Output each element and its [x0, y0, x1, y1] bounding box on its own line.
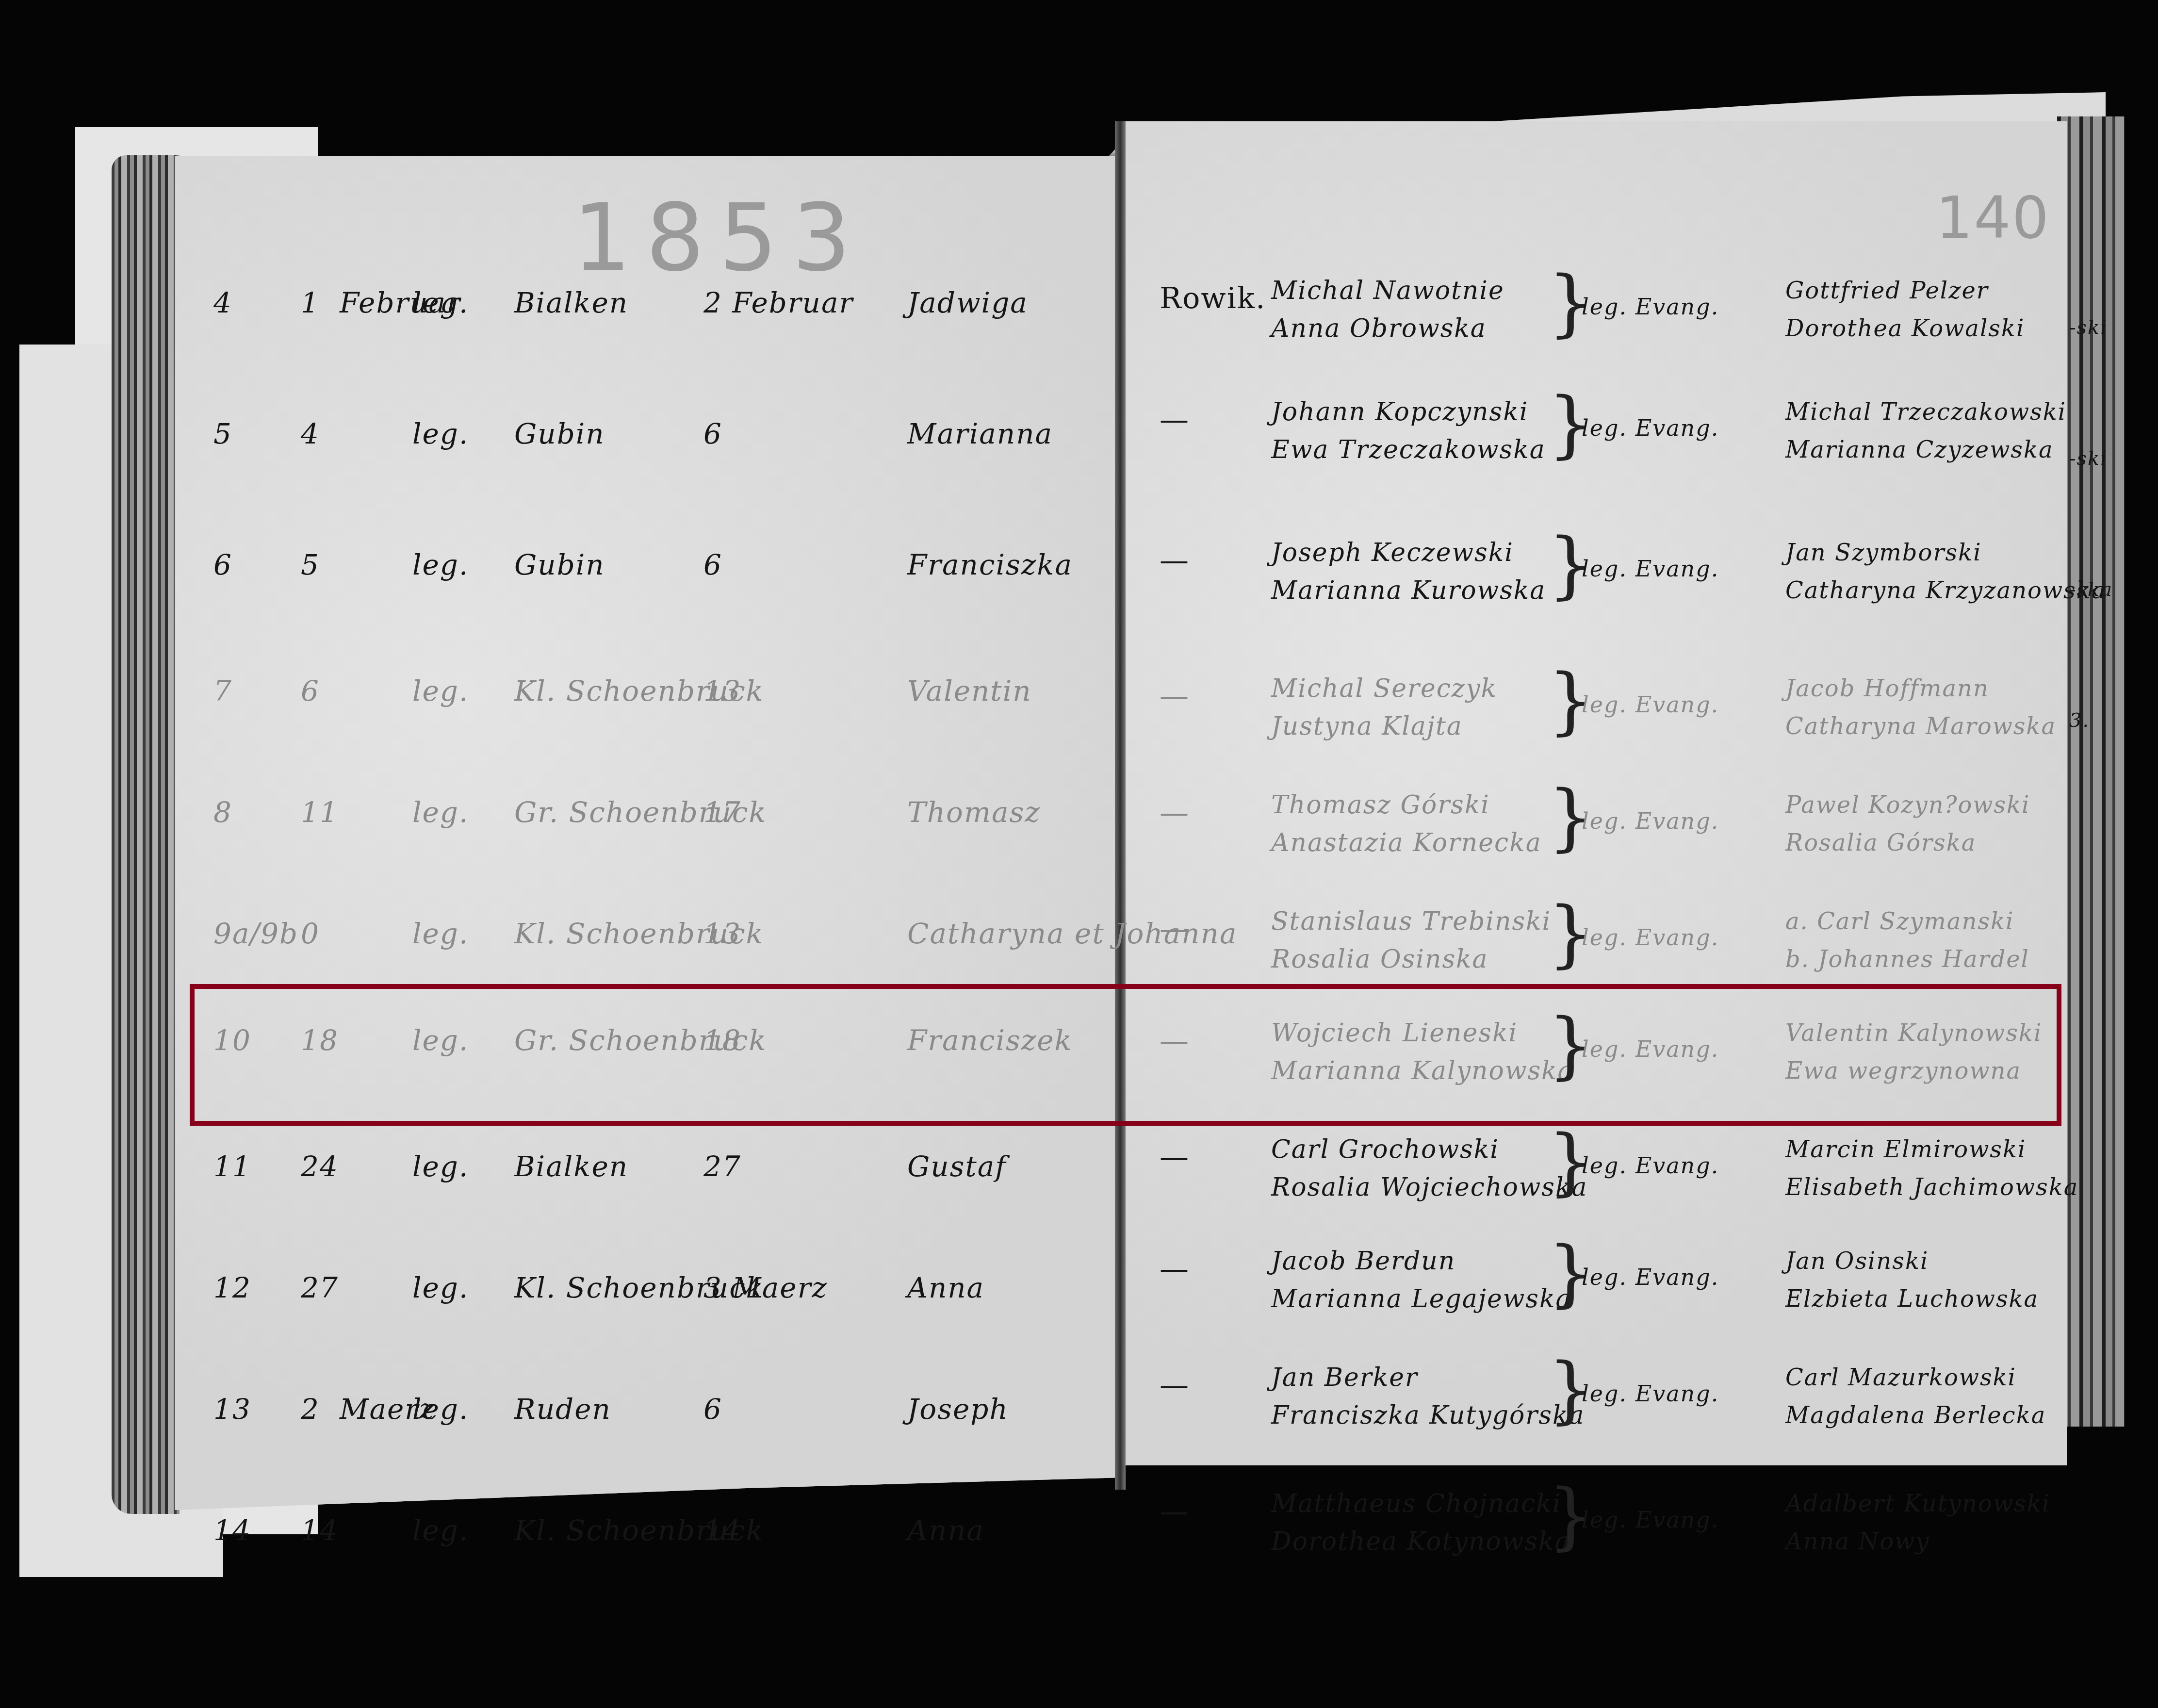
child-name: Anna — [907, 1271, 984, 1304]
child-name: Joseph — [907, 1393, 1009, 1426]
registration-day: 5 — [301, 548, 320, 581]
margin-fragments: -ski-ski-ska3. — [2069, 262, 2113, 786]
year-header: 1853 — [572, 184, 866, 292]
godparent-1: Adalbert Kutynowski — [1785, 1485, 2050, 1523]
legitimacy-status: leg. — [412, 917, 469, 950]
godparent-2: Anna Nowy — [1785, 1523, 1929, 1560]
legitimacy-status: leg. — [412, 1393, 469, 1426]
father-name: Thomasz Górski — [1271, 786, 1490, 824]
godparent-1: Jan Szymborski — [1785, 534, 1981, 572]
margin-fragment: 3. — [2069, 655, 2113, 786]
child-name: Valentin — [907, 674, 1032, 707]
father-name: Matthaeus Chojnacki — [1271, 1485, 1561, 1523]
place-name: Ruden — [514, 1393, 611, 1426]
father-name: Stanislaus Trebinski — [1271, 903, 1551, 940]
godparent-2: Ewa wegrzynowna — [1785, 1052, 2021, 1090]
godparent-2: Catharyna Krzyzanowska — [1785, 572, 2106, 609]
registration-day: 6 — [301, 674, 320, 707]
legitimacy-status: leg. — [412, 1024, 469, 1057]
godparent-2: b. Johannes Hardel — [1785, 940, 2029, 978]
godparent-1: Gottfried Pelzer — [1785, 272, 1989, 310]
confession: leg. Evang. — [1582, 415, 1719, 441]
godparent-1: Jan Osinski — [1785, 1242, 1929, 1280]
legitimacy-status: leg. — [412, 674, 469, 707]
confession: leg. Evang. — [1582, 1264, 1719, 1290]
confession: leg. Evang. — [1582, 808, 1719, 834]
place-name: Bialken — [514, 1150, 628, 1183]
godparent-1: Jacob Hoffmann — [1785, 670, 1989, 707]
entry-mark: — — [1160, 1252, 1190, 1286]
confession: leg. Evang. — [1582, 294, 1719, 320]
left-page — [175, 156, 1121, 1510]
entry-number: 14 — [213, 1514, 251, 1547]
birth-date: 17 — [703, 796, 741, 829]
legitimacy-status: leg. — [412, 1150, 469, 1183]
legitimacy-status: leg. — [412, 548, 469, 581]
confession: leg. Evang. — [1582, 1036, 1719, 1062]
godparent-2: Elisabeth Jachimowska — [1785, 1168, 2078, 1206]
mother-name: Marianna Kalynowska — [1271, 1052, 1574, 1090]
child-name: Franciszka — [907, 548, 1073, 581]
child-name: Marianna — [907, 417, 1053, 450]
birth-date: 14 — [703, 1514, 741, 1547]
registration-day: 1 — [301, 286, 320, 319]
entry-number: 13 — [213, 1393, 251, 1426]
legitimacy-status: leg. — [412, 286, 469, 319]
confession: leg. Evang. — [1582, 1380, 1719, 1407]
birth-date: 27 — [703, 1150, 741, 1183]
mother-name: Rosalia Osinska — [1271, 940, 1488, 978]
birth-date: 13 — [703, 917, 741, 950]
registration-day: 24 — [301, 1150, 339, 1183]
book-gutter — [1115, 121, 1126, 1490]
godparent-2: Magdalena Berlecka — [1785, 1396, 2046, 1434]
scan-background: 1853 140 41Februarleg.Bialken2 FebruarJa… — [0, 0, 2158, 1708]
entry-mark: — — [1160, 1494, 1190, 1528]
father-name: Michal Sereczyk — [1271, 670, 1497, 707]
father-name: Carl Grochowski — [1271, 1131, 1499, 1168]
margin-fragment: -ska — [2069, 524, 2113, 655]
entry-mark: — — [1160, 912, 1190, 946]
registration-day: 18 — [301, 1024, 339, 1057]
mother-name: Dorothea Kotynowska — [1271, 1523, 1570, 1560]
entry-number: 10 — [213, 1024, 251, 1057]
child-name: Jadwiga — [907, 286, 1028, 319]
child-name: Anna — [907, 1514, 984, 1547]
mother-name: Justyna Klajta — [1271, 707, 1463, 745]
entry-number: 11 — [213, 1150, 251, 1183]
godparent-1: Marcin Elmirowski — [1785, 1131, 2026, 1168]
registration-day: 27 — [301, 1271, 339, 1304]
entry-mark: — — [1160, 1024, 1190, 1058]
father-name: Jan Berker — [1271, 1359, 1418, 1396]
mother-name: Anna Obrowska — [1271, 310, 1487, 347]
mother-name: Rosalia Wojciechowska — [1271, 1168, 1587, 1206]
confession: leg. Evang. — [1582, 556, 1719, 582]
margin-fragment: -ski — [2069, 262, 2113, 393]
entry-mark: Rowik. — [1160, 281, 1266, 315]
entry-number: 5 — [213, 417, 232, 450]
entry-number: 12 — [213, 1271, 251, 1304]
registration-day: 11 — [301, 796, 339, 829]
entry-number: 8 — [213, 796, 232, 829]
entry-number: 4 — [213, 286, 232, 319]
book-page-edges-left — [112, 155, 180, 1514]
legitimacy-status: leg. — [412, 1514, 469, 1547]
father-name: Jacob Berdun — [1271, 1242, 1455, 1280]
child-name: Thomasz — [907, 796, 1041, 829]
entry-mark: — — [1160, 403, 1190, 437]
godparent-1: a. Carl Szymanski — [1785, 903, 2014, 940]
legitimacy-status: leg. — [412, 796, 469, 829]
confession: leg. Evang. — [1582, 1152, 1719, 1179]
godparent-2: Marianna Czyzewska — [1785, 431, 2054, 469]
godparent-1: Carl Mazurkowski — [1785, 1359, 2016, 1396]
birth-date: 18 — [703, 1024, 741, 1057]
entry-number: 9a/9b — [213, 917, 298, 950]
entry-mark: — — [1160, 1140, 1190, 1174]
place-name: Gubin — [514, 548, 605, 581]
father-name: Johann Kopczynski — [1271, 393, 1528, 431]
birth-date: 3 Maerz — [703, 1271, 828, 1304]
legitimacy-status: leg. — [412, 417, 469, 450]
registration-day: 4 — [301, 417, 320, 450]
child-name: Gustaf — [907, 1150, 1007, 1183]
entry-mark: — — [1160, 679, 1190, 713]
mother-name: Anastazia Kornecka — [1271, 824, 1542, 862]
entry-mark: — — [1160, 1368, 1190, 1402]
father-name: Joseph Keczewski — [1271, 534, 1514, 572]
godparent-2: Dorothea Kowalski — [1785, 310, 2025, 347]
godparent-2: Rosalia Górska — [1785, 824, 1976, 862]
birth-date: 2 Februar — [703, 286, 853, 319]
confession: leg. Evang. — [1582, 924, 1719, 951]
father-name: Michal Nawotnie — [1271, 272, 1504, 310]
registration-day: 14 — [301, 1514, 339, 1547]
godparent-1: Pawel Kozyn?owski — [1785, 786, 2030, 824]
confession: leg. Evang. — [1582, 691, 1719, 718]
registration-day: 0 — [301, 917, 320, 950]
mother-name: Ewa Trzeczakowska — [1271, 431, 1546, 469]
legitimacy-status: leg. — [412, 1271, 469, 1304]
birth-date: 6 — [703, 548, 722, 581]
birth-date: 13 — [703, 674, 741, 707]
godparent-1: Michal Trzeczakowski — [1785, 393, 2066, 431]
child-name: Franciszek — [907, 1024, 1073, 1057]
godparent-1: Valentin Kalynowski — [1785, 1014, 2042, 1052]
confession: leg. Evang. — [1582, 1507, 1719, 1533]
birth-date: 6 — [703, 417, 722, 450]
registration-day: 2 — [301, 1393, 320, 1426]
mother-name: Marianna Legajewska — [1271, 1280, 1571, 1318]
godparent-2: Catharyna Marowska — [1785, 707, 2056, 745]
page-number: 140 — [1936, 184, 2050, 252]
entry-number: 6 — [213, 548, 232, 581]
margin-fragment: -ski — [2069, 393, 2113, 524]
mother-name: Marianna Kurowska — [1271, 572, 1546, 609]
entry-number: 7 — [213, 674, 232, 707]
mother-name: Franciszka Kutygórska — [1271, 1396, 1585, 1434]
birth-date: 6 — [703, 1393, 722, 1426]
place-name: Bialken — [514, 286, 628, 319]
entry-mark: — — [1160, 796, 1190, 830]
entry-mark: — — [1160, 543, 1190, 577]
place-name: Gubin — [514, 417, 605, 450]
father-name: Wojciech Lieneski — [1271, 1014, 1518, 1052]
godparent-2: Elzbieta Luchowska — [1785, 1280, 2039, 1318]
